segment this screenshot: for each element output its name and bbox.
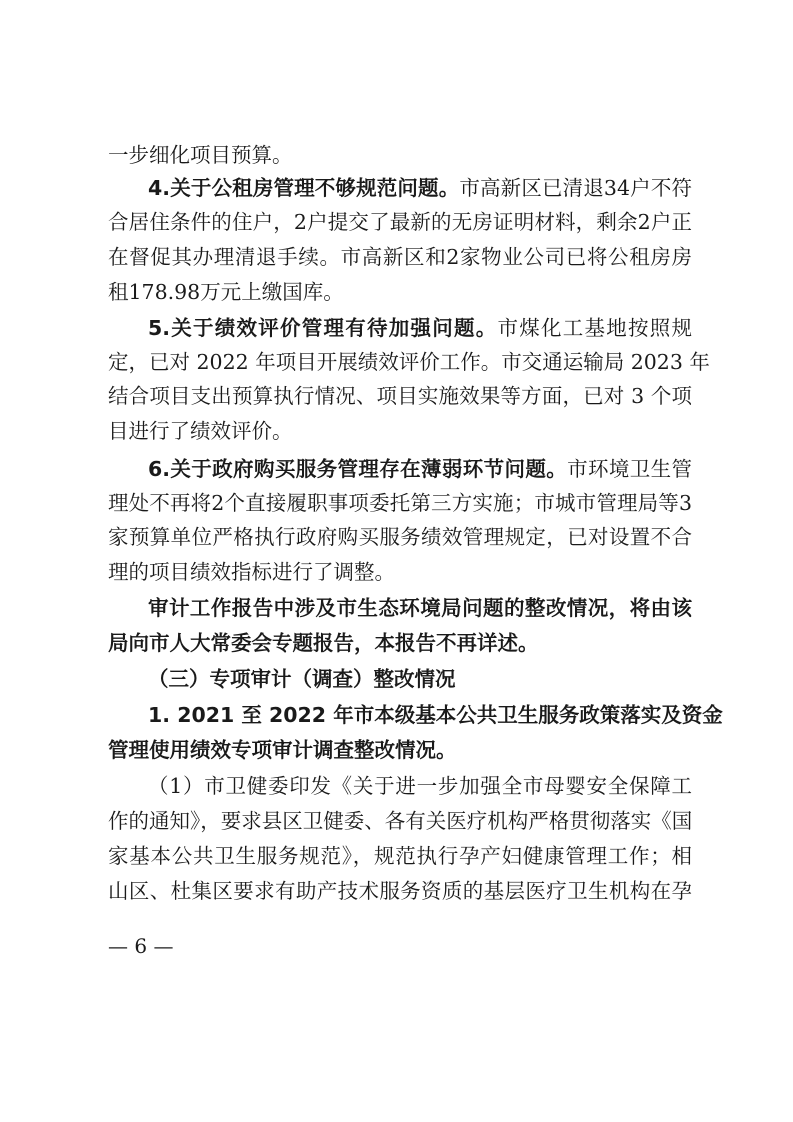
item-4-heading-line: 4.关于公租房管理不够规范问题。市高新区已清退34户不符 <box>148 175 692 201</box>
paragraph-line: 家预算单位严格执行政府购买服务绩效管理规定，已对设置不合 <box>108 524 692 550</box>
paragraph-line: 合居住条件的住户，2户提交了最新的无房证明材料，剩余2户正 <box>108 209 692 235</box>
paragraph-line: 理的项目绩效指标进行了调整。 <box>108 559 692 585</box>
subsection-1-heading-line: 管理使用绩效专项审计调查整改情况。 <box>108 737 692 763</box>
line-text: 合居住条件的住户，2户提交了最新的无房证明材料，剩余2户正 <box>108 210 692 234</box>
line-text: 定，已对 2022 年项目开展绩效评价工作。市交通运输局 2023 年 <box>108 350 710 374</box>
paragraph-line: 在督促其办理清退手续。市高新区和2家物业公司已将公租房房 <box>108 244 692 270</box>
page-number: — 6 — <box>108 933 173 959</box>
paragraph-line: 山区、杜集区要求有助产技术服务资质的基层医疗卫生机构在孕 <box>108 878 692 904</box>
paragraph-line: 理处不再将2个直接履职事项委托第三方实施；市城市管理局等3 <box>108 490 692 516</box>
line-text: 作的通知》，要求县区卫健委、各有关医疗机构严格贯彻落实《国 <box>108 809 692 833</box>
line-text: 结合项目支出预算执行情况、项目实施效果等方面，已对 3 个项 <box>108 384 692 408</box>
paragraph-line: 家基本公共卫生服务规范》，规范执行孕产妇健康管理工作；相 <box>108 843 692 869</box>
line-text: 市高新区已清退34户不符 <box>459 176 692 200</box>
section-3-heading: （三）专项审计（调查）整改情况 <box>148 666 692 692</box>
subsection-1-heading-line: 1. 2021 至 2022 年市本级基本公共卫生服务政策落实及资金 <box>148 702 692 728</box>
paragraph-line: 定，已对 2022 年项目开展绩效评价工作。市交通运输局 2023 年 <box>108 349 692 375</box>
document-page: 一步细化项目预算。 4.关于公租房管理不够规范问题。市高新区已清退34户不符 合… <box>0 0 793 1122</box>
item-6-title: 6.关于政府购买服务管理存在薄弱环节问题。 <box>148 457 567 481</box>
line-text: 在督促其办理清退手续。市高新区和2家物业公司已将公租房房 <box>108 245 692 269</box>
item-5-heading-line: 5.关于绩效评价管理有待加强问题。市煤化工基地按照规 <box>148 315 692 341</box>
paragraph-line: （1）市卫健委印发《关于进一步加强全市母婴安全保障工 <box>148 773 692 799</box>
line-text: 一步细化项目预算。 <box>108 143 293 167</box>
item-6-heading-line: 6.关于政府购买服务管理存在薄弱环节问题。市环境卫生管 <box>148 456 692 482</box>
line-text: 理的项目绩效指标进行了调整。 <box>108 560 395 584</box>
eco-bureau-note-line: 审计工作报告中涉及市生态环境局问题的整改情况，将由该 <box>148 595 692 621</box>
line-text: 家预算单位严格执行政府购买服务绩效管理规定，已对设置不合 <box>108 525 692 549</box>
line-text: 局向市人大常委会专题报告，本报告不再详述。 <box>108 631 539 655</box>
line-text: 1. 2021 至 2022 年市本级基本公共卫生服务政策落实及资金 <box>148 703 723 727</box>
line-text: 管理使用绩效专项审计调查整改情况。 <box>108 738 457 762</box>
eco-bureau-note-line: 局向市人大常委会专题报告，本报告不再详述。 <box>108 630 692 656</box>
line-text: （1）市卫健委印发《关于进一步加强全市母婴安全保障工 <box>148 774 692 798</box>
item-4-title: 4.关于公租房管理不够规范问题。 <box>148 176 459 200</box>
line-text: 市环境卫生管 <box>567 457 692 481</box>
line-text: 目进行了绩效评价。 <box>108 419 293 443</box>
line-text: 山区、杜集区要求有助产技术服务资质的基层医疗卫生机构在孕 <box>108 879 692 903</box>
section-title: （三）专项审计（调查）整改情况 <box>148 667 456 691</box>
paragraph-line: 结合项目支出预算执行情况、项目实施效果等方面，已对 3 个项 <box>108 383 692 409</box>
line-text: 市煤化工基地按照规 <box>498 316 692 340</box>
paragraph-line: 作的通知》，要求县区卫健委、各有关医疗机构严格贯彻落实《国 <box>108 808 692 834</box>
line-text: 租178.98万元上缴国库。 <box>108 280 344 304</box>
paragraph-line: 目进行了绩效评价。 <box>108 418 692 444</box>
line-text: 审计工作报告中涉及市生态环境局问题的整改情况，将由该 <box>148 596 692 620</box>
line-text: 理处不再将2个直接履职事项委托第三方实施；市城市管理局等3 <box>108 491 692 515</box>
paragraph-line: 租178.98万元上缴国库。 <box>108 279 692 305</box>
item-5-title: 5.关于绩效评价管理有待加强问题。 <box>148 316 498 340</box>
paragraph-line: 一步细化项目预算。 <box>108 142 692 168</box>
line-text: 家基本公共卫生服务规范》，规范执行孕产妇健康管理工作；相 <box>108 844 692 868</box>
